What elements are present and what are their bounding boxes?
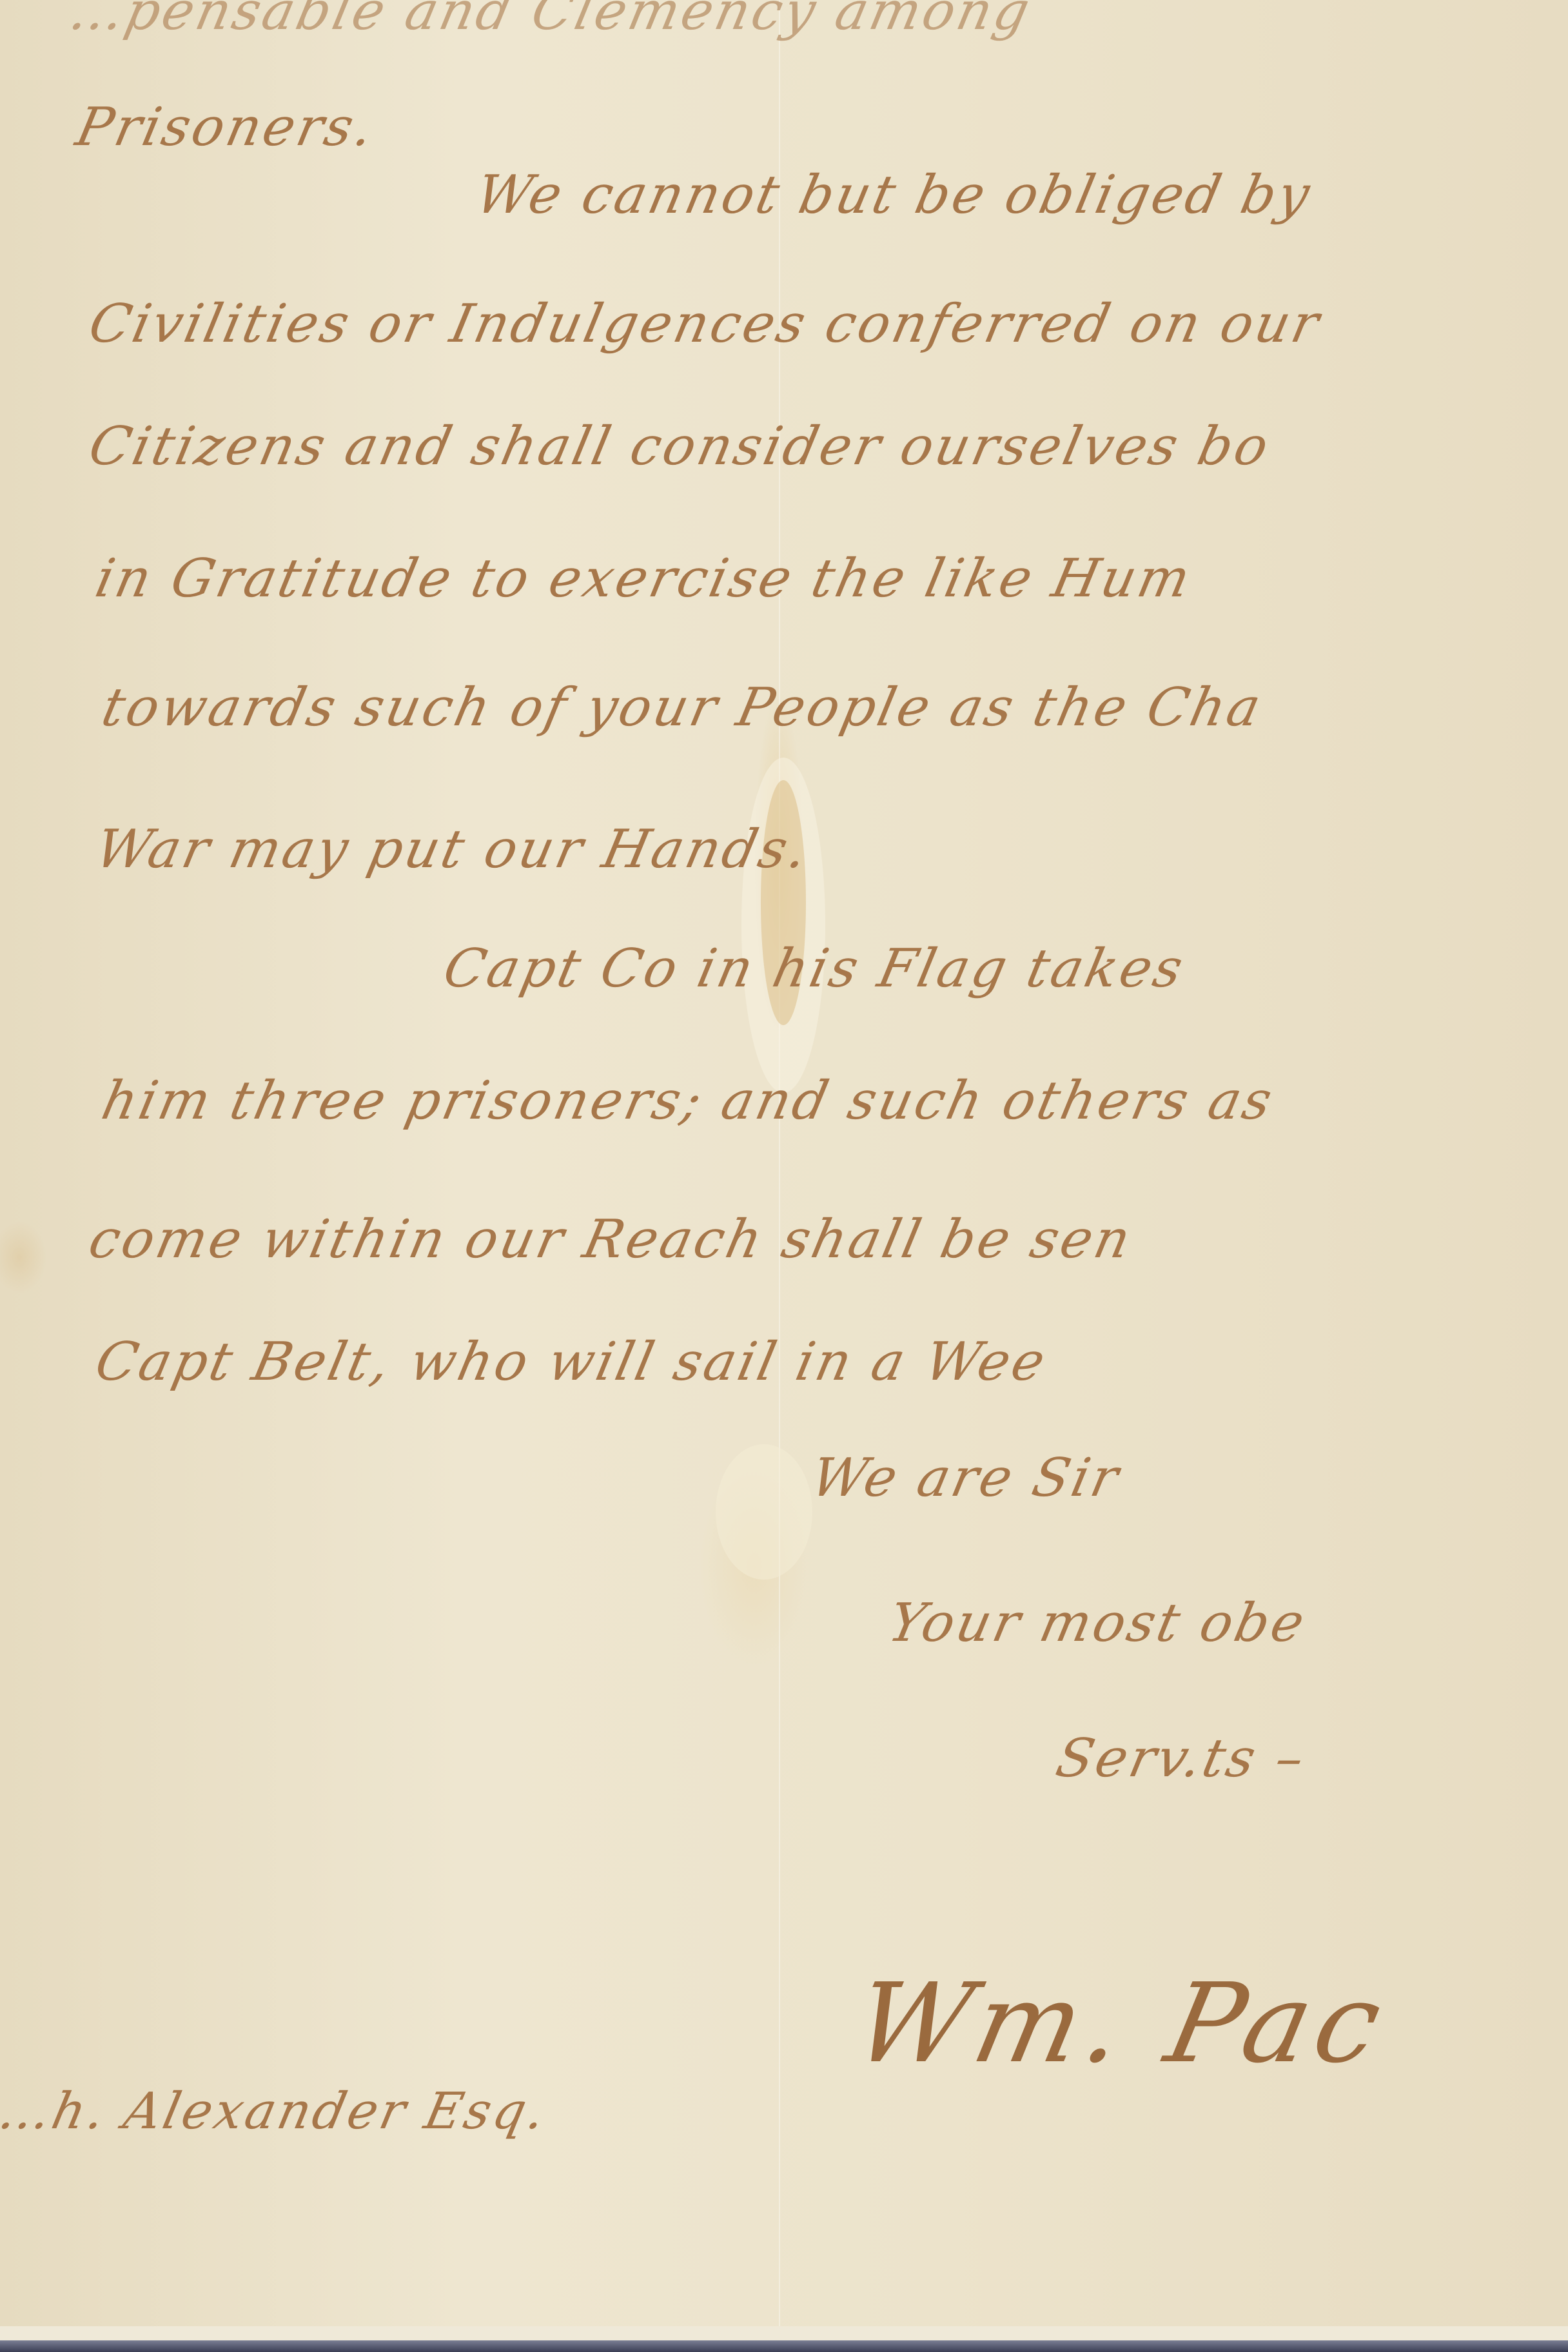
letter-line: Capt Belt, who will sail in a Wee <box>90 1331 1053 1393</box>
letter-line: in Gratitude to exercise the like Hum <box>90 548 1198 609</box>
letter-line: We cannot but be obliged by <box>471 164 1317 226</box>
letter-line: …pensable and Clemency among <box>64 0 1037 42</box>
water-stain-lower <box>716 1444 812 1580</box>
addressee-line: …h. Alexander Esq. <box>0 2082 553 2141</box>
letter-line: Prisoners. <box>71 97 381 158</box>
picture-frame-edge <box>0 2340 1568 2352</box>
letter-line: come within our Reach shall be sen <box>84 1209 1138 1270</box>
closing-line: Serv.ts – <box>1051 1728 1312 1789</box>
signature: Wm. Pac <box>844 1960 1398 2088</box>
letter-line: Citizens and shall consider ourselves bo <box>84 416 1276 477</box>
letter-line: him three prisoners; and such others as <box>97 1070 1280 1132</box>
closing-line: We are Sir <box>806 1447 1126 1509</box>
letter-line: Civilities or Indulgences conferred on o… <box>84 293 1327 355</box>
letter-line: War may put our Hands. <box>90 819 815 880</box>
letter-line: Capt Co in his Flag takes <box>438 938 1191 999</box>
frame-mat <box>0 2326 1568 2340</box>
closing-line: Your most obe <box>883 1592 1312 1654</box>
letter-line: towards such of your People as the Cha <box>97 677 1268 738</box>
